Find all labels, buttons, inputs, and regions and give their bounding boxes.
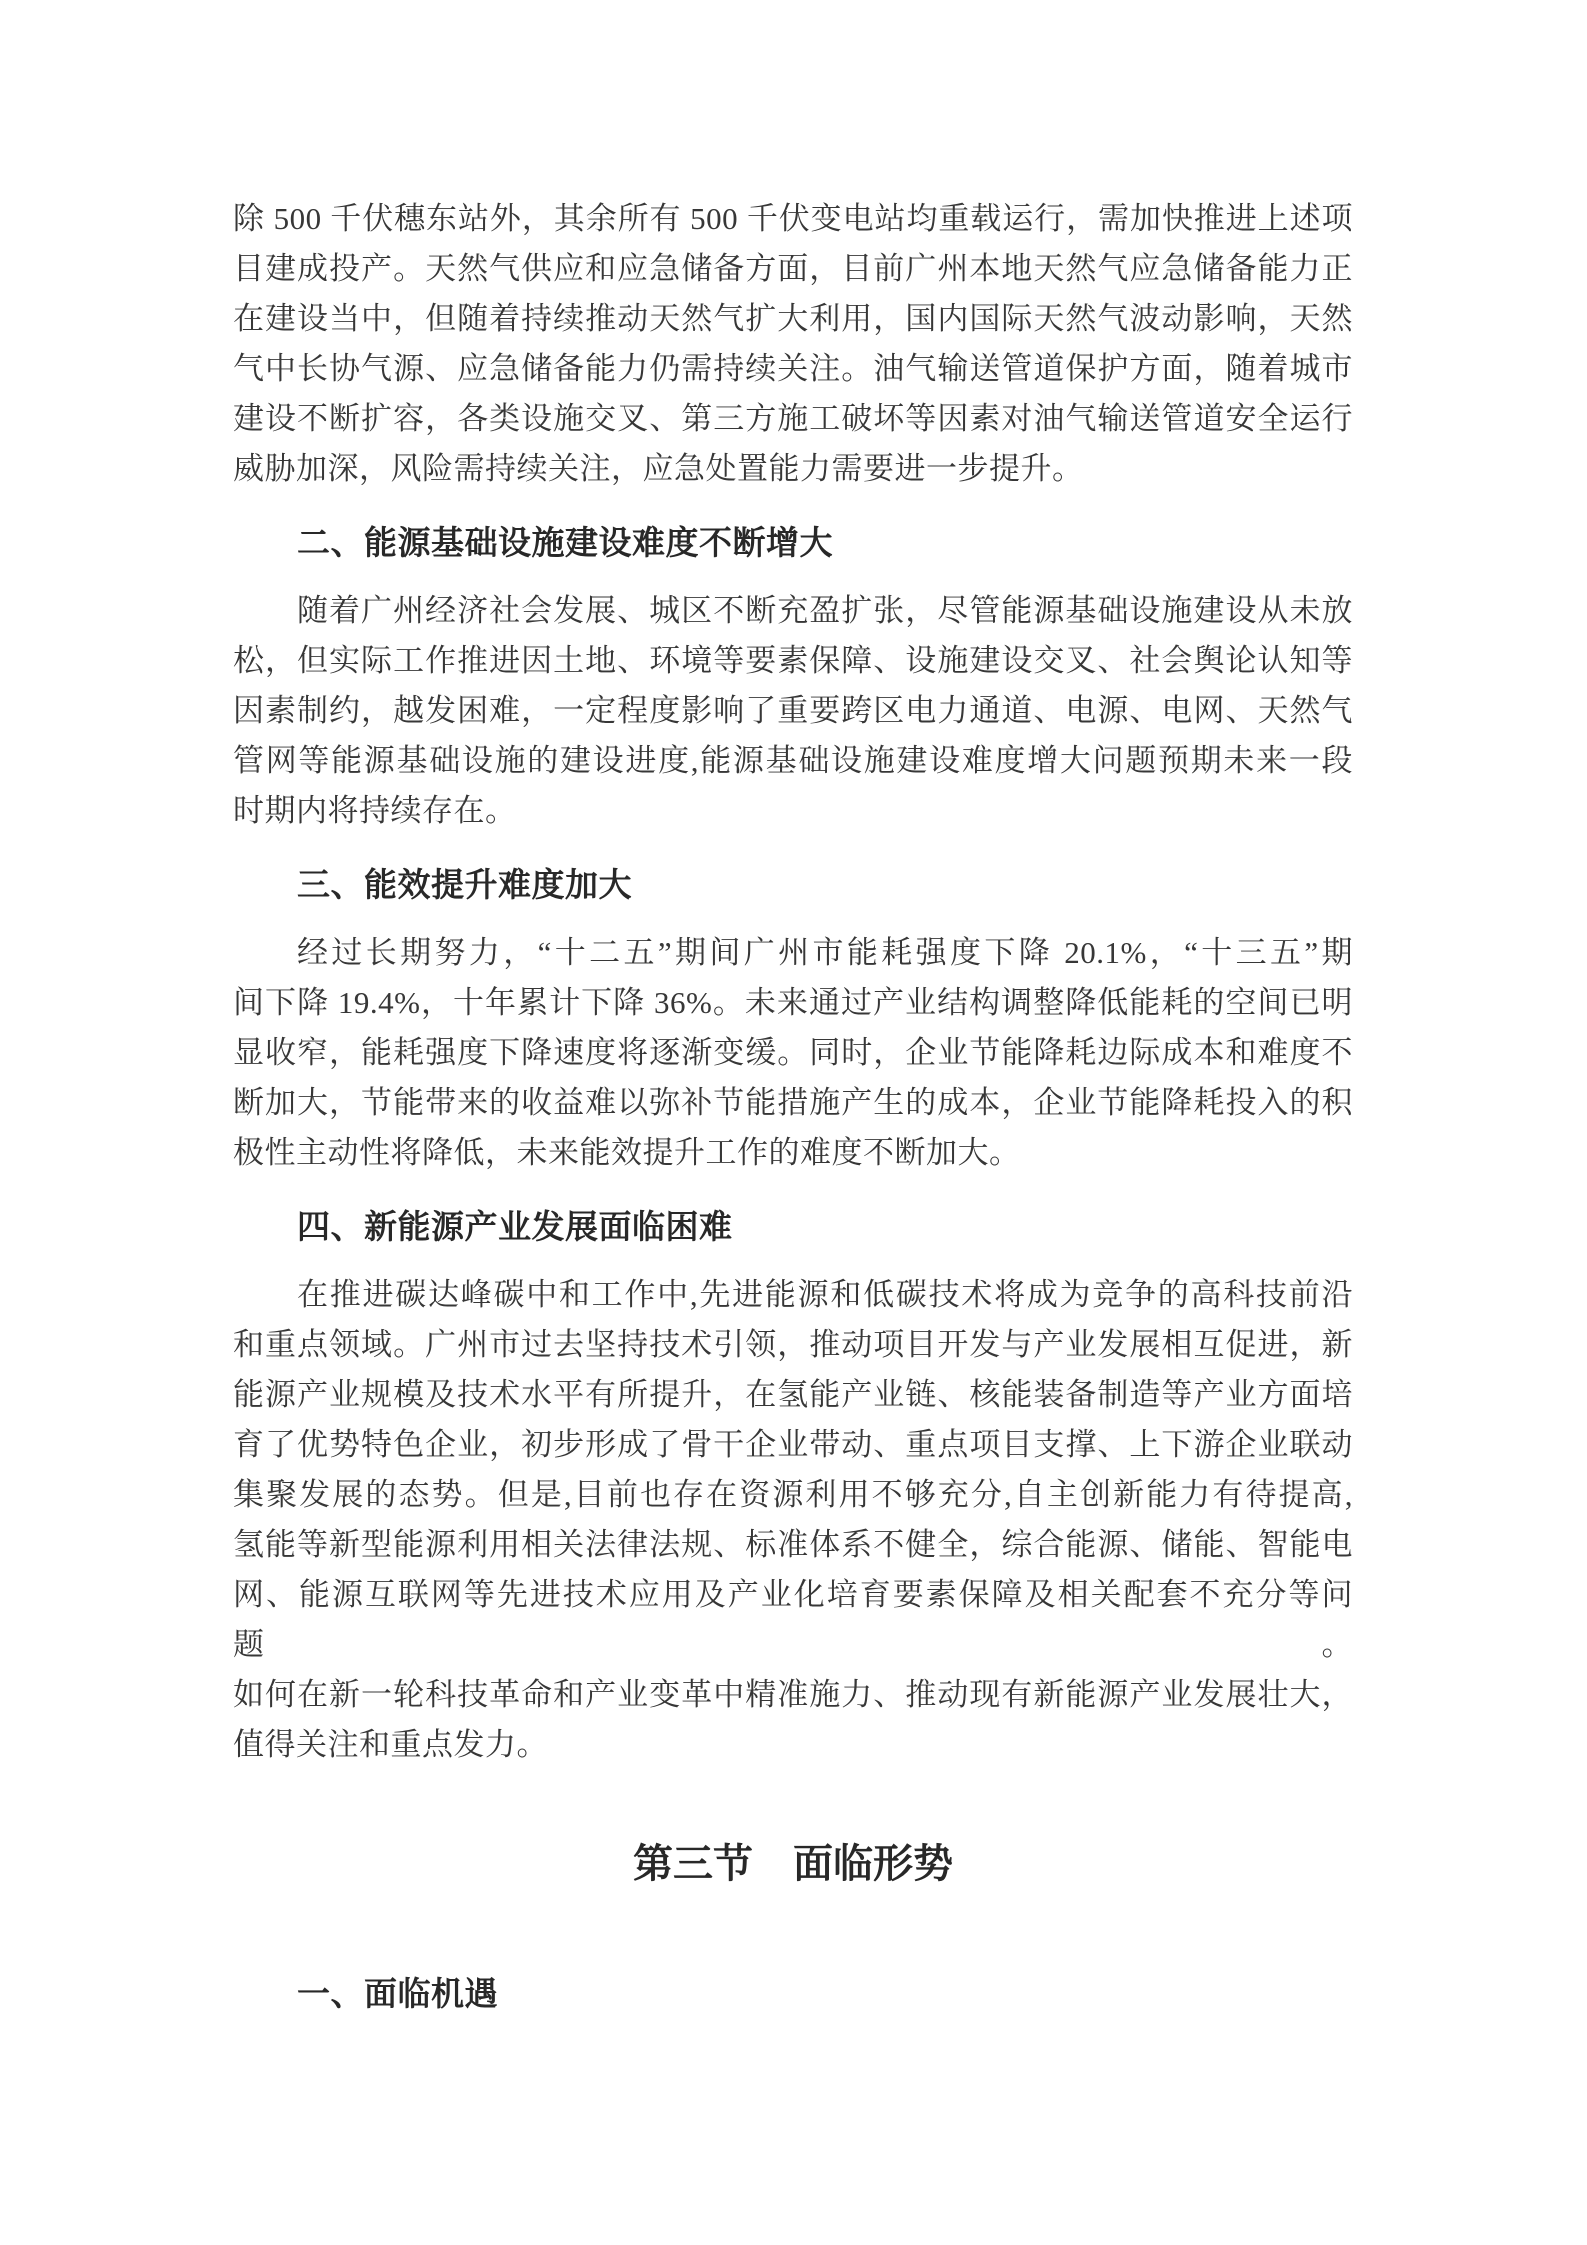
body-text-line: 集聚发展的态势。但是,目前也存在资源利用不够充分,自主创新能力有待提高,: [233, 1470, 1353, 1520]
body-text-line: 极性主动性将降低，未来能效提升工作的难度不断加大。: [233, 1128, 1353, 1178]
body-text-line: 因素制约，越发困难，一定程度影响了重要跨区电力通道、电源、电网、天然气: [233, 686, 1353, 736]
body-text-line: 气中长协气源、应急储备能力仍需持续关注。油气输送管道保护方面，随着城市: [233, 344, 1353, 394]
body-text-line: 在建设当中，但随着持续推动天然气扩大利用，国内国际天然气波动影响，天然: [233, 294, 1353, 344]
body-text-line: 目建成投产。天然气供应和应急储备方面，目前广州本地天然气应急储备能力正: [233, 244, 1353, 294]
numbered-heading: 二、能源基础设施建设难度不断增大: [233, 518, 1353, 568]
body-text-line: 建设不断扩容，各类设施交叉、第三方施工破坏等因素对油气输送管道安全运行: [233, 394, 1353, 444]
body-text-line: 断加大，节能带来的收益难以弥补节能措施产生的成本，企业节能降耗投入的积: [233, 1078, 1353, 1128]
numbered-heading: 四、新能源产业发展面临困难: [233, 1202, 1353, 1252]
body-text-line: 育了优势特色企业，初步形成了骨干企业带动、重点项目支撑、上下游企业联动: [233, 1420, 1353, 1470]
body-paragraph: 随着广州经济社会发展、城区不断充盈扩张，尽管能源基础设施建设从未放 松，但实际工…: [233, 586, 1353, 836]
body-text-line: 随着广州经济社会发展、城区不断充盈扩张，尽管能源基础设施建设从未放: [233, 586, 1353, 636]
body-text-line: 管网等能源基础设施的建设进度,能源基础设施建设难度增大问题预期未来一段: [233, 736, 1353, 786]
body-paragraph: 除 500 千伏穗东站外，其余所有 500 千伏变电站均重载运行，需加快推进上述…: [233, 194, 1353, 494]
body-text-line: 威胁加深，风险需持续关注，应急处置能力需要进一步提升。: [233, 444, 1353, 494]
body-paragraph: 在推进碳达峰碳中和工作中,先进能源和低碳技术将成为竞争的高科技前沿 和重点领域。…: [233, 1270, 1353, 1770]
body-text-line: 松，但实际工作推进因土地、环境等要素保障、设施建设交叉、社会舆论认知等: [233, 636, 1353, 686]
numbered-heading: 一、面临机遇: [233, 1969, 1353, 2019]
body-paragraph: 经过长期努力，“十二五”期间广州市能耗强度下降 20.1%，“十三五”期 间下降…: [233, 928, 1353, 1178]
numbered-heading: 三、能效提升难度加大: [233, 860, 1353, 910]
body-text-line: 显收窄，能耗强度下降速度将逐渐变缓。同时，企业节能降耗边际成本和难度不: [233, 1028, 1353, 1078]
body-text-line: 如何在新一轮科技革命和产业变革中精准施力、推动现有新能源产业发展壮大，: [233, 1670, 1353, 1720]
body-text-line: 能源产业规模及技术水平有所提升，在氢能产业链、核能装备制造等产业方面培: [233, 1370, 1353, 1420]
section-title: 第三节 面临形势: [233, 1834, 1353, 1894]
body-text-line: 除 500 千伏穗东站外，其余所有 500 千伏变电站均重载运行，需加快推进上述…: [233, 194, 1353, 244]
body-text-line: 值得关注和重点发力。: [233, 1720, 1353, 1770]
body-text-line: 经过长期努力，“十二五”期间广州市能耗强度下降 20.1%，“十三五”期: [233, 928, 1353, 978]
body-text-line: 氢能等新型能源利用相关法律法规、标准体系不健全，综合能源、储能、智能电: [233, 1520, 1353, 1570]
body-text-line: 网、能源互联网等先进技术应用及产业化培育要素保障及相关配套不充分等问题。: [233, 1570, 1353, 1670]
body-text-line: 时期内将持续存在。: [233, 786, 1353, 836]
document-page: 除 500 千伏穗东站外，其余所有 500 千伏变电站均重载运行，需加快推进上述…: [0, 0, 1587, 2245]
body-text-line: 和重点领域。广州市过去坚持技术引领，推动项目开发与产业发展相互促进，新: [233, 1320, 1353, 1370]
body-text-line: 在推进碳达峰碳中和工作中,先进能源和低碳技术将成为竞争的高科技前沿: [233, 1270, 1353, 1320]
body-text-line: 间下降 19.4%，十年累计下降 36%。未来通过产业结构调整降低能耗的空间已明: [233, 978, 1353, 1028]
